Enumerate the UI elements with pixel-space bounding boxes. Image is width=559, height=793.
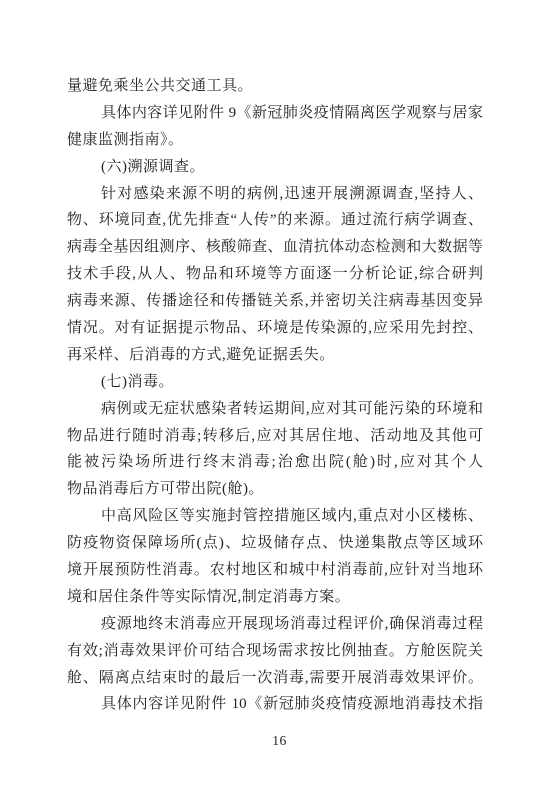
text-line: 物品进行随时消毒;转移后,应对其居住地、活动地及其他可: [67, 423, 483, 450]
text-line: 病例或无症状感染者转运期间,应对其可能污染的环境和: [67, 396, 483, 423]
text-line: 防疫物资保障场所(点)、垃圾储存点、快递集散点等区域环: [67, 530, 483, 557]
text-line: 情况。对有证据提示物品、环境是传染源的,应采用先封控、: [67, 315, 483, 342]
text-line: 中高风险区等实施封管控措施区域内,重点对小区楼栋、: [67, 503, 483, 530]
text-line: 再采样、后消毒的方式,避免证据丢失。: [67, 342, 483, 369]
text-line: 健康监测指南》。: [67, 127, 483, 154]
document-page: 量避免乘坐公共交通工具。具体内容详见附件 9《新冠肺炎疫情隔离医学观察与居家健康…: [0, 0, 559, 793]
text-line: 有效;消毒效果评价可结合现场需求按比例抽查。方舱医院关: [67, 638, 483, 665]
text-line: 病毒来源、传播途径和传播链关系,并密切关注病毒基因变异: [67, 288, 483, 315]
page-number: 16: [272, 733, 287, 748]
text-line: 物品消毒后方可带出院(舱)。: [67, 476, 483, 503]
text-line: 针对感染来源不明的病例,迅速开展溯源调查,坚持人、: [67, 181, 483, 208]
text-line: 疫源地终末消毒应开展现场消毒过程评价,确保消毒过程: [67, 611, 483, 638]
text-line: 物、环境同查,优先排查“人传”的来源。通过流行病学调查、: [67, 207, 483, 234]
text-line: 具体内容详见附件 10《新冠肺炎疫情疫源地消毒技术指: [67, 691, 483, 718]
text-line: 舱、隔离点结束时的最后一次消毒,需要开展消毒效果评价。: [67, 665, 483, 692]
text-line: 具体内容详见附件 9《新冠肺炎疫情隔离医学观察与居家: [67, 100, 483, 127]
text-line: 能被污染场所进行终末消毒;治愈出院(舱)时,应对其个人: [67, 449, 483, 476]
text-line: (六)溯源调查。: [67, 154, 483, 181]
text-line: 技术手段,从人、物品和环境等方面逐一分析论证,综合研判: [67, 261, 483, 288]
text-line: 量避免乘坐公共交通工具。: [67, 73, 483, 100]
text-line: 境和居住条件等实际情况,制定消毒方案。: [67, 584, 483, 611]
text-line: (七)消毒。: [67, 369, 483, 396]
text-line: 境开展预防性消毒。农村地区和城中村消毒前,应针对当地环: [67, 557, 483, 584]
text-line: 病毒全基因组测序、核酸筛查、血清抗体动态检测和大数据等: [67, 234, 483, 261]
page-footer: 16: [0, 730, 559, 752]
document-body: 量避免乘坐公共交通工具。具体内容详见附件 9《新冠肺炎疫情隔离医学观察与居家健康…: [67, 73, 483, 718]
